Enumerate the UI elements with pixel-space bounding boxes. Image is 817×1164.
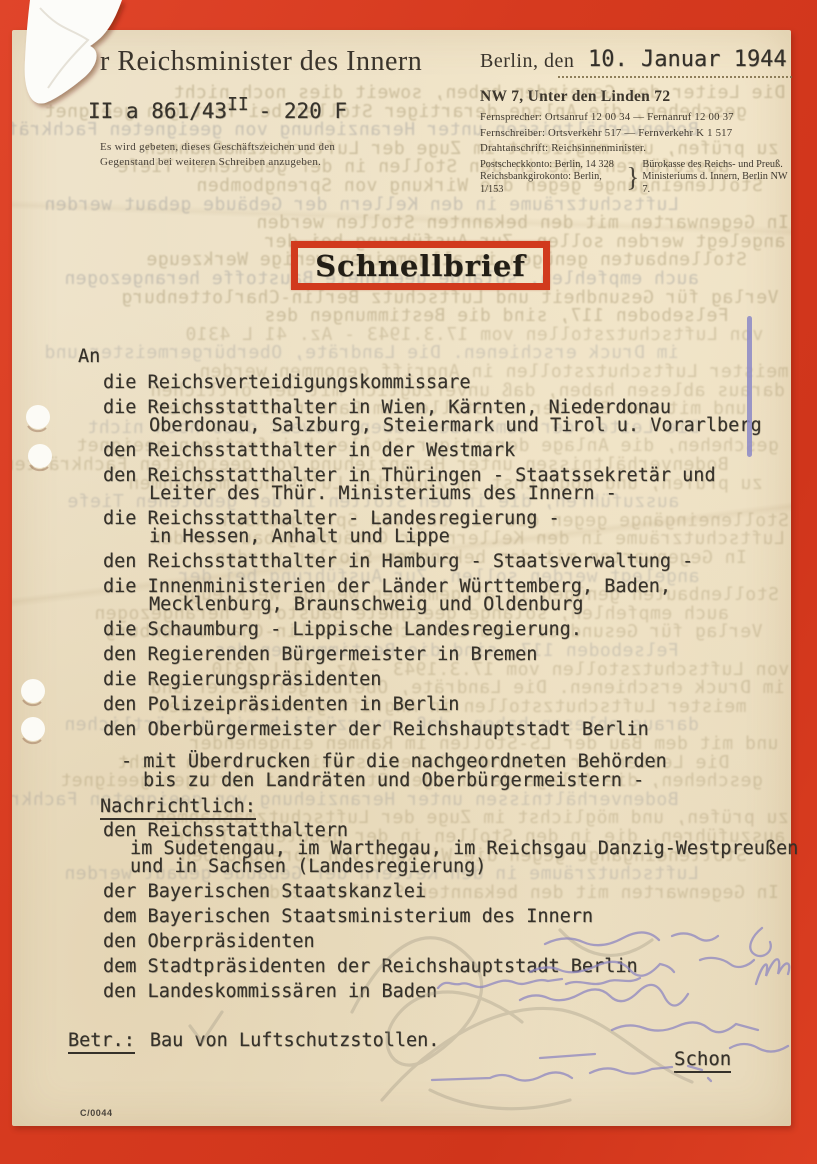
recipient-item: den Landeskommissären in Baden (103, 983, 815, 1001)
bank-office-line: Ministeriums d. Innern, Berlin NW 7. (642, 171, 792, 196)
recipient-line: den Reichsstatthalter in der Westmark (103, 442, 815, 460)
recipient-item: den Reichsstatthalter in Thüringen - Sta… (103, 467, 815, 503)
typed-date: 10. Januar 1944 (588, 47, 787, 72)
recipient-line: Mecklenburg, Braunschweig und Oldenburg (103, 596, 815, 614)
info-heading-label: Nachrichtlich: (100, 796, 256, 820)
file-reference-main: II a 861/43 (88, 99, 227, 123)
telegram-line: Drahtanschrift: Reichsinnenminister. (480, 141, 792, 157)
recipient-line: den Polizeipräsidenten in Berlin (103, 696, 815, 714)
scanned-document: { "colors": { "background_red": "#d63a1f… (0, 0, 817, 1164)
recipient-item: den Reichsstatthalter in der Westmark (103, 442, 815, 460)
recipient-line: den Oberpräsidenten (103, 933, 815, 951)
recipient-item: dem Stadtpräsidenten der Reichshauptstad… (103, 958, 815, 976)
subject-label: Betr.: (68, 1030, 135, 1054)
telex-line: Fernschreiber: Ortsverkehr 517 — Fernver… (480, 126, 792, 142)
file-reference-tail: - 220 F (259, 99, 348, 123)
recipient-item: die Regierungspräsidenten (103, 671, 815, 689)
recipient-item: die Reichsverteidigungskommissare (103, 374, 815, 392)
date-dotted-line (558, 76, 792, 78)
schnellbrief-stamp-box: Schnellbrief (291, 241, 550, 290)
recipient-list: die Reichsverteidigungskommissaredie Rei… (103, 374, 815, 746)
file-reference-superscript: II (227, 94, 249, 115)
recipient-item: den Reichsstatthalter in Hamburg - Staat… (103, 553, 815, 571)
recipient-line: die Schaumburg - Lippische Landesregieru… (103, 621, 815, 639)
signature-name: Schon (674, 1048, 731, 1070)
bank-accounts: Postscheckkonto: Berlin, 14 328 Reichsba… (480, 159, 792, 197)
recipient-item: den Polizeipräsidenten in Berlin (103, 696, 815, 714)
file-reference: II a 861/43II- 220 F (88, 94, 347, 123)
postal-account: Postscheckkonto: Berlin, 14 328 (480, 159, 622, 172)
recipient-line: dem Bayerischen Staatsministerium des In… (103, 908, 815, 926)
file-note-line: Gegenstand bei weiteren Schreiben anzuge… (100, 155, 335, 170)
phone-line: Fernsprecher: Ortsanruf 12 00 34 — Ferna… (480, 110, 792, 126)
subject-text: Bau von Luftschutzstollen. (150, 1030, 440, 1051)
form-number: C/0044 (80, 1108, 113, 1118)
recipient-item: dem Bayerischen Staatsministerium des In… (103, 908, 815, 926)
street-address: NW 7, Unter den Linden 72 (480, 88, 792, 106)
overprint-line: - mit Überdrucken für die nachgeordneten… (121, 753, 667, 772)
recipient-line: den Oberbürgermeister der Reichshauptsta… (103, 721, 815, 739)
recipient-item: der Bayerischen Staatskanzlei (103, 883, 815, 901)
file-reference-note: Es wird gebeten, dieses Geschäftszeichen… (100, 140, 335, 169)
giro-account: Reichsbankgirokonto: Berlin, 1/153 (480, 171, 622, 196)
recipient-item: die Reichsstatthalter in Wien, Kärnten, … (103, 399, 815, 435)
recipient-item: den Reichsstatthalternim Sudetengau, im … (103, 822, 815, 876)
overprint-line: bis zu den Landräten und Oberbürgermeist… (121, 772, 667, 791)
recipient-intro: An (78, 346, 100, 367)
bank-account-numbers: Postscheckkonto: Berlin, 14 328 Reichsba… (480, 159, 622, 197)
recipient-item: die Innenministerien der Länder Württemb… (103, 578, 815, 614)
recipient-item: den Oberpräsidenten (103, 933, 815, 951)
file-note-line: Es wird gebeten, dieses Geschäftszeichen… (100, 140, 335, 155)
recipient-line: die Regierungspräsidenten (103, 671, 815, 689)
recipient-item: den Regierenden Bürgermeister in Bremen (103, 646, 815, 664)
overprint-note: - mit Überdrucken für die nachgeordneten… (121, 753, 667, 790)
info-recipient-list: den Reichsstatthalternim Sudetengau, im … (103, 822, 815, 1008)
recipient-line: Leiter des Thür. Ministeriums des Innern… (103, 485, 815, 503)
recipient-item: den Oberbürgermeister der Reichshauptsta… (103, 721, 815, 739)
schnellbrief-label: Schnellbrief (315, 249, 526, 283)
bank-office-line: Bürokasse des Reichs- und Preuß. (642, 159, 792, 172)
recipient-line: der Bayerischen Staatskanzlei (103, 883, 815, 901)
date-address-block: Berlin, den 10. Januar 1944 NW 7, Unter … (480, 50, 792, 196)
brace-glyph: } (626, 162, 639, 193)
info-heading: Nachrichtlich: (100, 796, 256, 817)
place-label: Berlin, den (480, 50, 574, 72)
recipient-line: die Reichsverteidigungskommissare (103, 374, 815, 392)
recipient-item: die Reichsstatthalter - Landesregierung … (103, 510, 815, 546)
recipient-line: und in Sachsen (Landesregierung) (103, 858, 815, 876)
recipient-item: die Schaumburg - Lippische Landesregieru… (103, 621, 815, 639)
recipient-line: den Regierenden Bürgermeister in Bremen (103, 646, 815, 664)
signature-text: Schon (674, 1048, 731, 1073)
recipient-line: in Hessen, Anhalt und Lippe (103, 528, 815, 546)
recipient-line: Oberdonau, Salzburg, Steiermark und Tiro… (103, 417, 815, 435)
bank-office-name: Bürokasse des Reichs- und Preuß. Ministe… (642, 159, 792, 197)
subject-line: Betr.:Bau von Luftschutzstollen. (68, 1030, 439, 1051)
recipient-line: den Landeskommissären in Baden (103, 983, 815, 1001)
recipient-line: dem Stadtpräsidenten der Reichshauptstad… (103, 958, 815, 976)
date-row: Berlin, den 10. Januar 1944 (480, 50, 792, 82)
recipient-line: den Reichsstatthalter in Hamburg - Staat… (103, 553, 815, 571)
sender-letterhead: r Reichsminister des Innern (100, 46, 422, 78)
contact-lines: Fernsprecher: Ortsanruf 12 00 34 — Ferna… (480, 110, 792, 157)
